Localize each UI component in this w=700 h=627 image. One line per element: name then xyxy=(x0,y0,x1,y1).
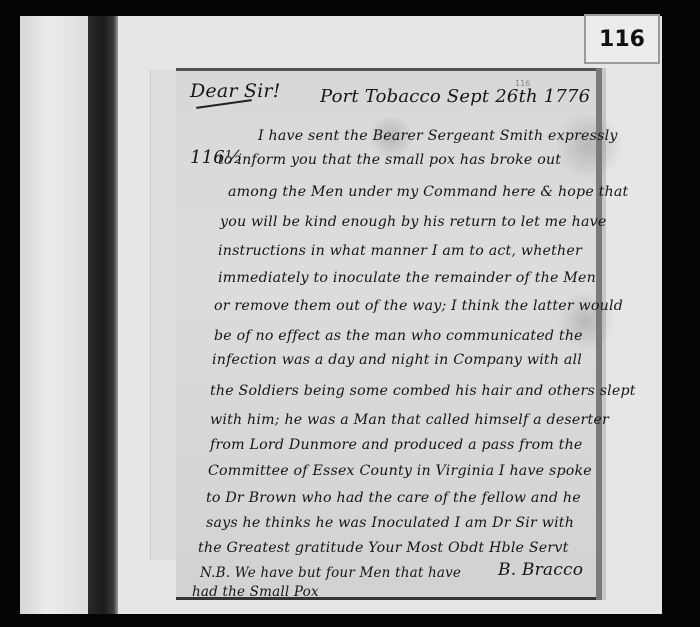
body-line: the Soldiers being some combed his hair … xyxy=(210,383,636,399)
letter-dateline: Port Tobacco Sept 26th 1776 xyxy=(320,86,590,107)
left-page-strip xyxy=(20,16,90,614)
body-line: among the Men under my Command here & ho… xyxy=(228,184,628,200)
body-line: the Greatest gratitude Your Most Obdt Hb… xyxy=(198,540,568,556)
postscript-line: had the Small Pox xyxy=(192,584,319,600)
body-line: instructions in what manner I am to act,… xyxy=(218,243,582,259)
body-line: you will be kind enough by his return to… xyxy=(220,214,606,230)
postscript-line: N.B. We have but four Men that have xyxy=(200,565,461,581)
letter-signature: B. Bracco xyxy=(498,560,583,580)
body-line: be of no effect as the man who communica… xyxy=(214,328,583,344)
archive-page-number: 116 xyxy=(584,14,660,64)
body-line: with him; he was a Man that called himse… xyxy=(210,412,609,428)
body-line: to Dr Brown who had the care of the fell… xyxy=(206,490,581,506)
letter-salutation: Dear Sir! xyxy=(190,80,281,102)
archive-page-number-text: 116 xyxy=(599,27,645,52)
body-line: to inform you that the small pox has bro… xyxy=(218,152,561,168)
binding-gutter-shadow xyxy=(88,16,118,614)
body-line: from Lord Dunmore and produced a pass fr… xyxy=(210,437,583,453)
body-line: immediately to inoculate the remainder o… xyxy=(218,270,596,286)
body-line: infection was a day and night in Company… xyxy=(212,352,582,368)
body-line: I have sent the Bearer Sergeant Smith ex… xyxy=(258,128,618,144)
body-line: Committee of Essex County in Virginia I … xyxy=(208,463,592,479)
mounting-hinge xyxy=(150,70,177,560)
water-stain xyxy=(554,111,624,181)
body-line: says he thinks he was Inoculated I am Dr… xyxy=(206,515,574,531)
body-line: or remove them out of the way; I think t… xyxy=(214,298,623,314)
